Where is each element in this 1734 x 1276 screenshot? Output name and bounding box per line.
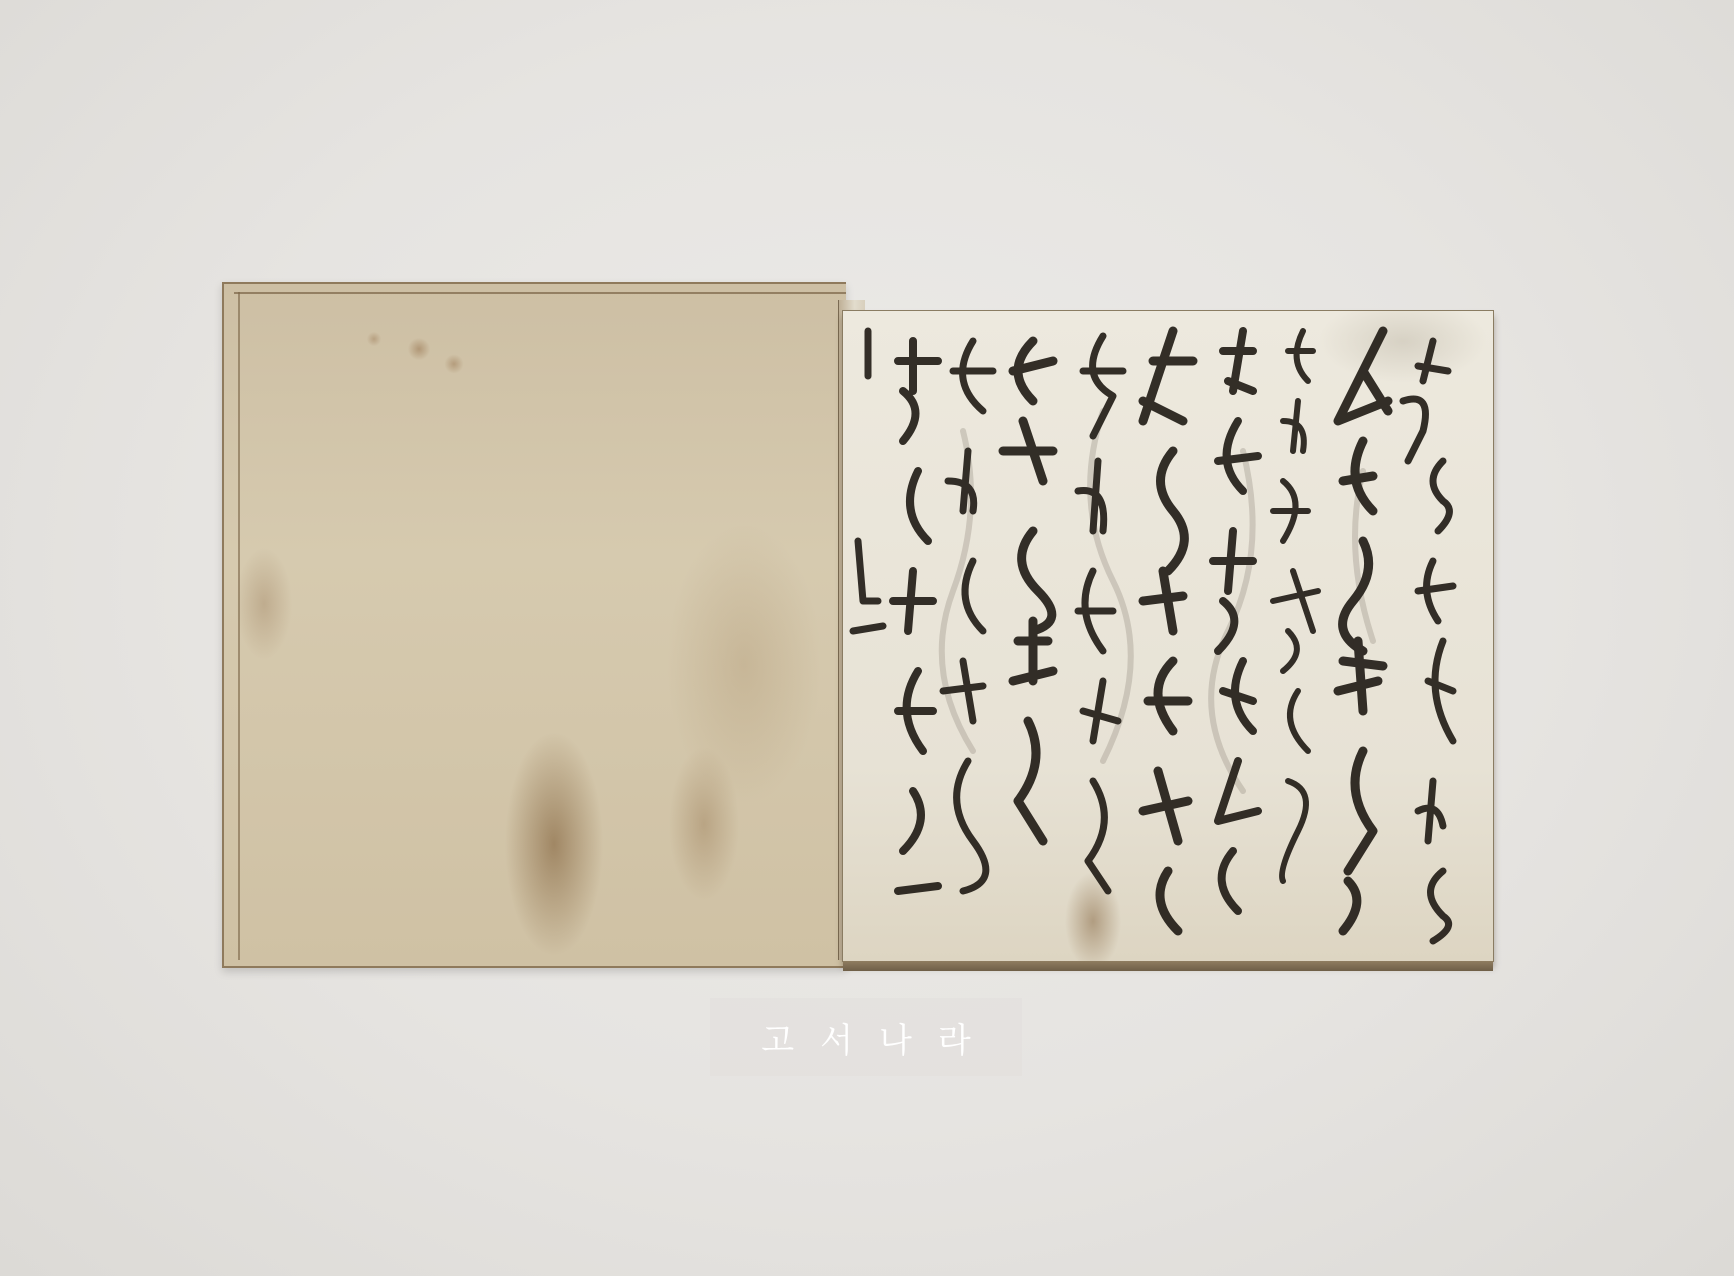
- right-page-calligraphy: [842, 310, 1494, 962]
- photo-scene: 고서나라: [0, 0, 1734, 1276]
- watermark-banner: 고서나라: [710, 998, 1022, 1076]
- watermark-text: 고서나라: [735, 1013, 996, 1062]
- left-page-blank: [222, 282, 846, 968]
- calligraphy-ink-strokes: [843, 311, 1493, 961]
